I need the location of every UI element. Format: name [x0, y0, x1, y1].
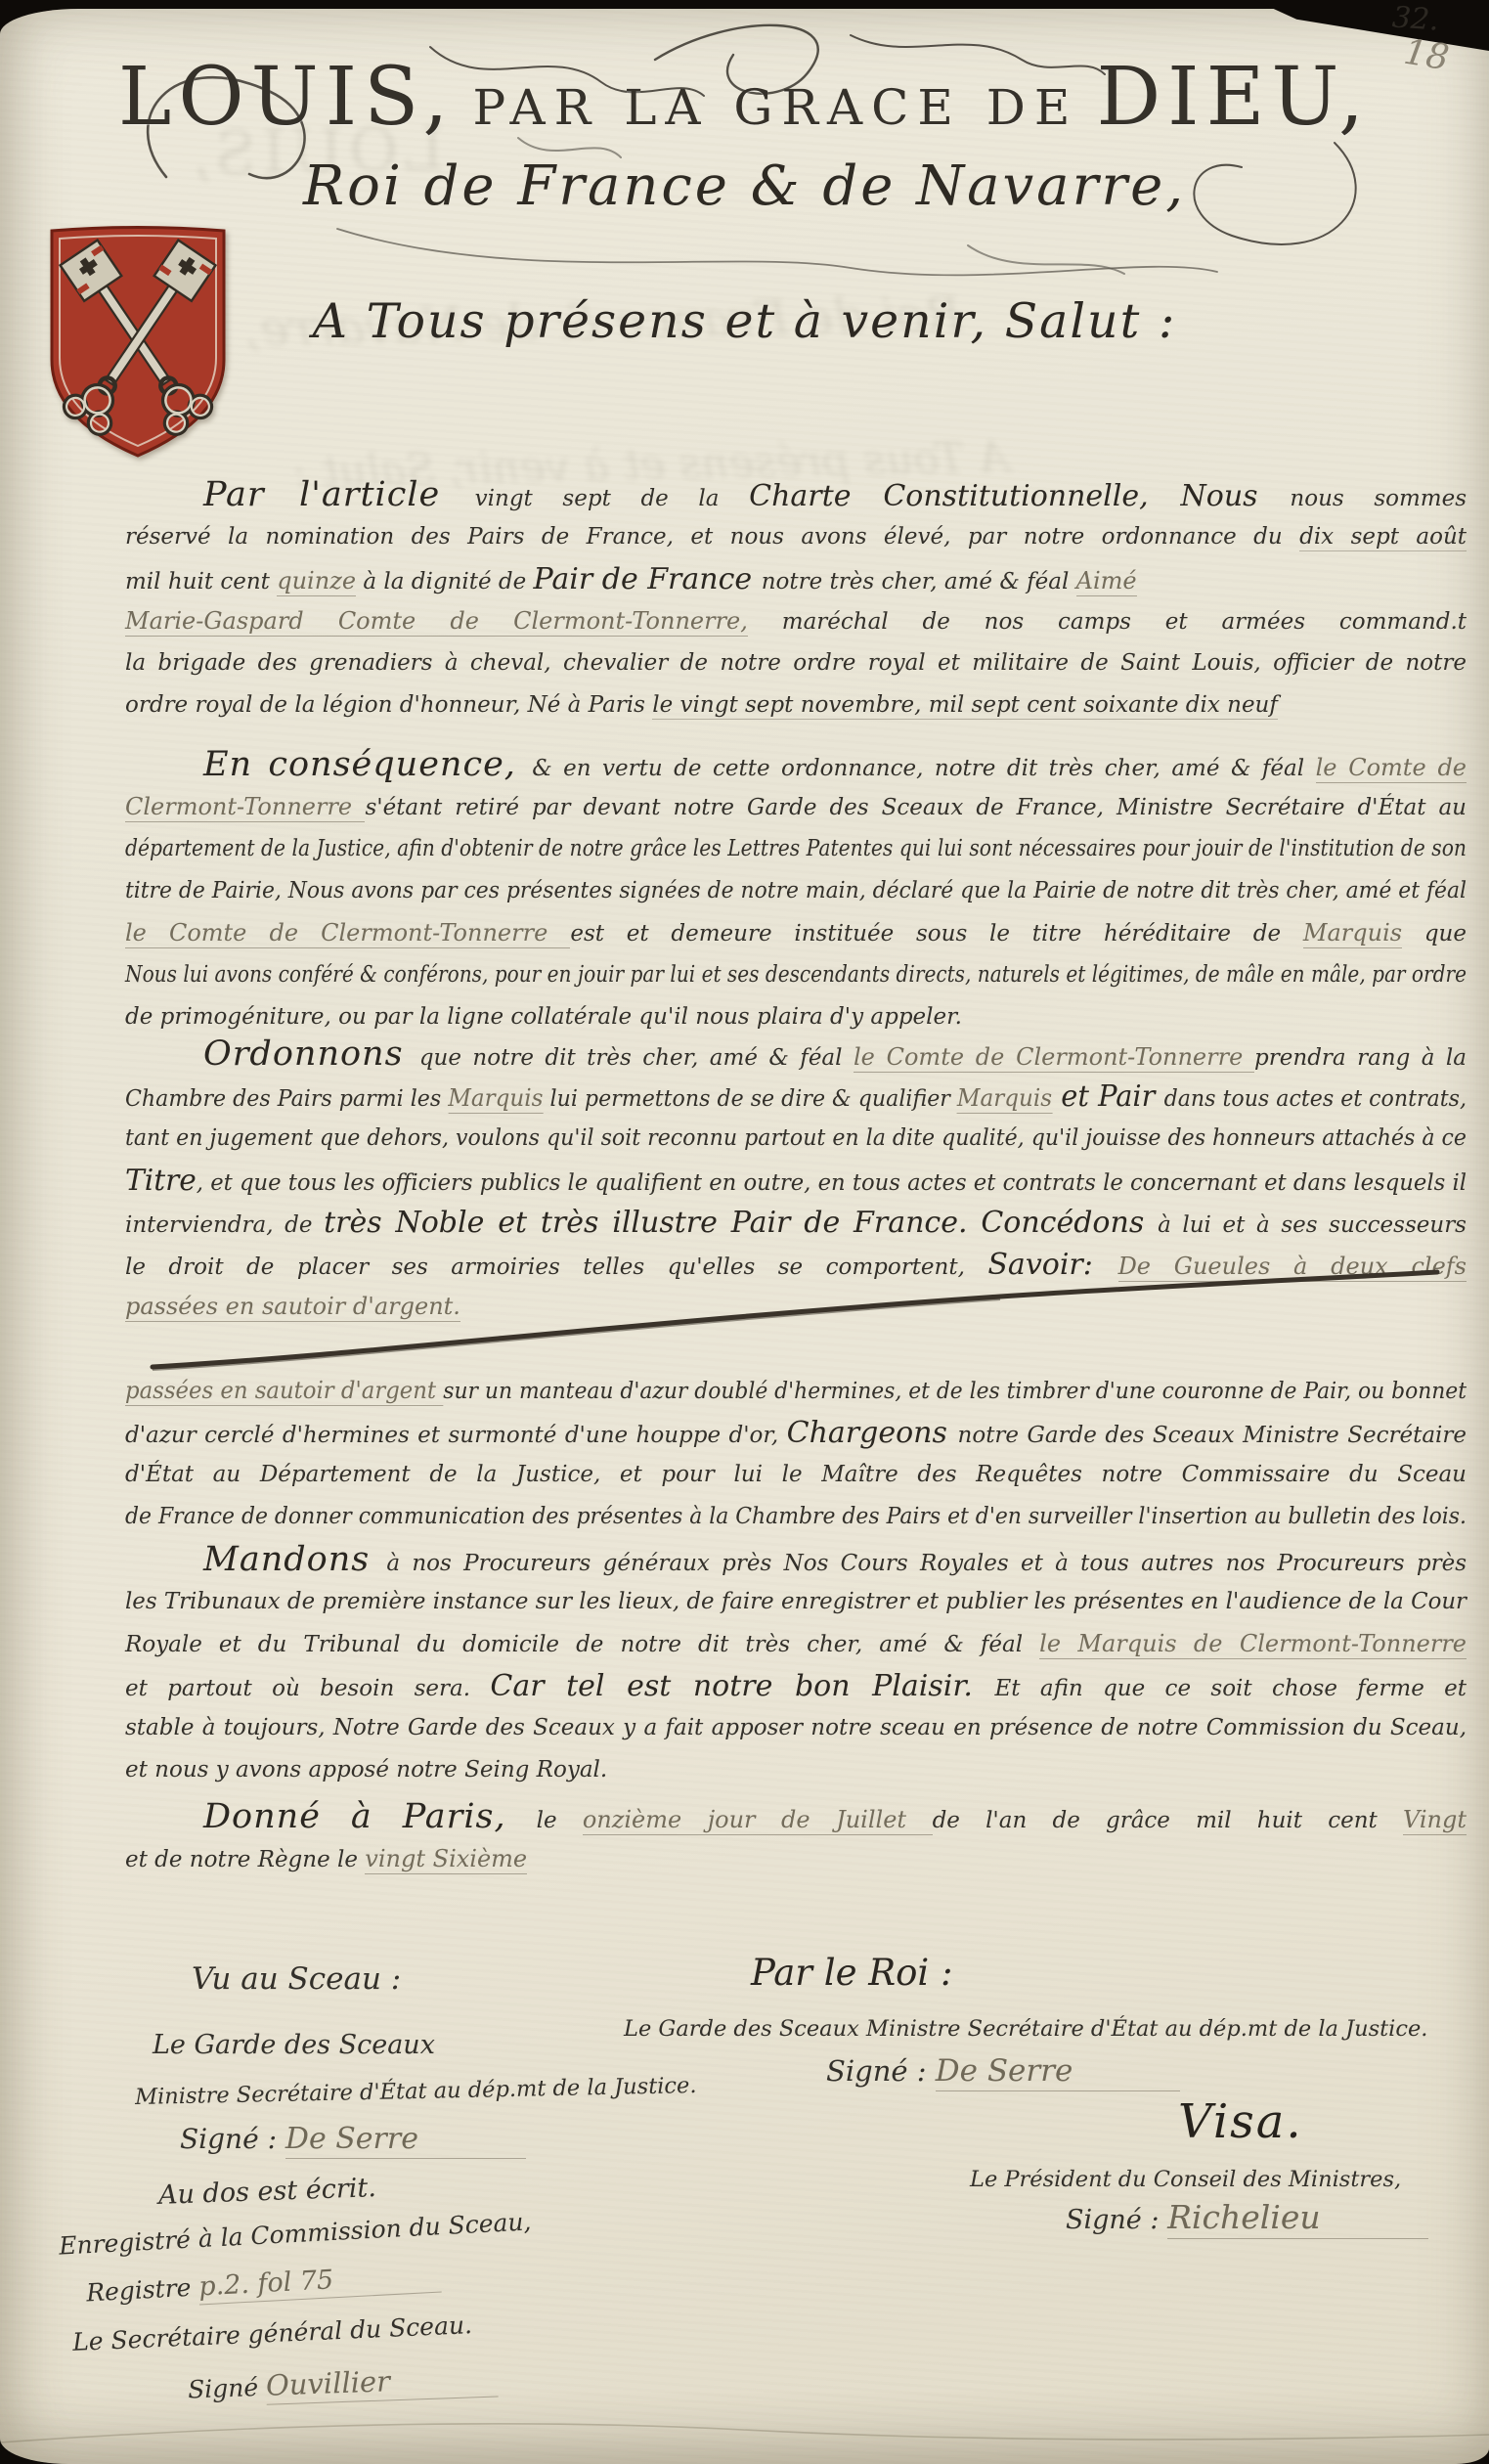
text-segment: Et afin que ce soit chose ferme et [995, 1676, 1467, 1701]
manuscript-line: la brigade des grenadiers à cheval, chev… [125, 643, 1467, 685]
text-segment: le droit de placer ses armoiries telles … [125, 1254, 987, 1280]
text-segment: de France de donner communication des pr… [125, 1504, 1467, 1529]
manuscript-line: et de notre Règne le vingt Sixième [125, 1839, 1467, 1881]
signe-label: Signé [188, 2373, 259, 2403]
register-label: Registre [85, 2273, 192, 2308]
manuscript-line: ordre royal de la légion d'honneur, Né à… [125, 685, 1467, 727]
text-segment: Pair de France [534, 562, 762, 596]
text-segment: prendra rang à la [1254, 1045, 1467, 1071]
document-scan: LOUIS, Roi de France & de Navarre, A Tou… [0, 0, 1489, 2464]
text-segment: dix sept août [1299, 524, 1467, 551]
text-segment: le Comte de Clermont-Tonnerre [854, 1043, 1254, 1073]
text-segment: sur un manteau d'azur doublé d'hermines,… [443, 1379, 1467, 1404]
text-segment: vingt sept de la [475, 486, 749, 511]
text-segment: d'État au Département de la Justice, et … [125, 1462, 1467, 1487]
text-segment: Marquis [448, 1084, 543, 1114]
text-segment: Donné à Paris, [203, 1797, 537, 1836]
text-segment: Marquis [957, 1084, 1052, 1114]
text-segment: ordre royal de la légion d'honneur, Né à… [125, 692, 652, 718]
text-segment: Ordonnons [203, 1034, 419, 1074]
text-segment: et Pair [1052, 1079, 1163, 1114]
manuscript-line: le droit de placer ses armoiries telles … [125, 1245, 1467, 1287]
signe-label: Signé : [1066, 2205, 1159, 2235]
manuscript-line: Ordonnons que notre dit très cher, amé &… [125, 1034, 1467, 1077]
paragraph-consequence: En conséquence, & en vertu de cette ordo… [125, 745, 1467, 1039]
text-segment: les Tribunaux de première instance sur l… [125, 1589, 1467, 1614]
manuscript-line: le Comte de Clermont-Tonnerre est et dem… [125, 913, 1467, 955]
paragraph-mandons: Mandons à nos Procureurs généraux près N… [125, 1540, 1467, 1792]
text-segment: De Gueules à deux clefs [1118, 1253, 1467, 1282]
text-segment: le Comte de Clermont-Tonnerre [125, 919, 570, 948]
text-segment: , et que tous les officiers publics le q… [197, 1170, 1467, 1196]
manuscript-line: Clermont-Tonnerre s'étant retiré par dev… [125, 787, 1467, 829]
par-le-roi-heading: Par le Roi : [751, 1952, 952, 1994]
manuscript-line: tant en jugement que dehors, voulons qu'… [125, 1119, 1467, 1161]
text-segment: tant en jugement que dehors, voulons qu'… [125, 1125, 1467, 1151]
vu-au-sceau-heading: Vu au Sceau : [192, 1961, 401, 1997]
text-segment: de l'an de grâce mil huit cent [933, 1808, 1403, 1833]
text-segment: vingt Sixième [365, 1845, 527, 1874]
text-segment: Titre [125, 1164, 197, 1198]
text-segment: & en vertu de cette ordonnance, notre di… [532, 756, 1315, 781]
manuscript-line: et partout où besoin sera. Car tel est n… [125, 1666, 1467, 1708]
president-name: Richelieu [1167, 2198, 1428, 2239]
text-segment: la brigade des grenadiers à cheval, chev… [125, 650, 1467, 676]
text-segment: d'azur cerclé d'hermines et surmonté d'u… [125, 1423, 787, 1448]
keeper-name: De Serre [285, 2122, 526, 2159]
text-segment: s'étant retiré par devant notre Garde de… [365, 795, 1467, 820]
text-segment: Aimé [1076, 567, 1137, 596]
text-segment: que notre dit très cher, amé & féal [419, 1045, 854, 1071]
text-segment: notre Garde des Sceaux Ministre Secrétai… [958, 1423, 1467, 1448]
text-segment: et de notre Règne le [125, 1847, 365, 1872]
text-segment: lui permettons de se dire & qualifier [543, 1086, 956, 1112]
manuscript-line: Chambre des Pairs parmi les Marquis lui … [125, 1077, 1467, 1119]
text-segment: très Noble et très illustre Pair de Fran… [324, 1206, 1158, 1240]
text-segment: Savoir: [987, 1248, 1117, 1282]
folio-annotation: 18 [1401, 32, 1452, 79]
manuscript-line: et nous y avons apposé notre Seing Royal… [125, 1750, 1467, 1792]
text-segment: le [537, 1808, 583, 1833]
president-signature: Signé : Richelieu [1066, 2198, 1428, 2236]
text-segment: notre très cher, amé & féal [762, 569, 1076, 594]
manuscript-line: d'azur cerclé d'hermines et surmonté d'u… [125, 1413, 1467, 1455]
keeper-name: De Serre [936, 2053, 1181, 2091]
manuscript-line: réservé la nomination des Pairs de Franc… [125, 517, 1467, 559]
paragraph-preamble: Par l'article vingt sept de la Charte Co… [125, 475, 1467, 727]
manuscript-line: Marie-Gaspard Comte de Clermont-Tonnerre… [125, 601, 1467, 643]
text-segment: à la dignité de [356, 569, 534, 594]
text-segment: mil huit cent [125, 569, 277, 594]
text-segment: réservé la nomination des Pairs de Franc… [125, 524, 1299, 550]
manuscript-line: passées en sautoir d'argent. [125, 1287, 1467, 1329]
paragraph-donne: Donné à Paris, le onzième jour de Juille… [125, 1797, 1467, 1881]
president-title: Le Président du Conseil des Ministres, [970, 2167, 1401, 2192]
text-segment: le Marquis de Clermont-Tonnerre [1039, 1630, 1467, 1659]
paragraph-chargeons: passées en sautoir d'argent sur un mante… [125, 1371, 1467, 1539]
manuscript-line: titre de Pairie, Nous avons par ces prés… [125, 871, 1467, 913]
text-segment: Mandons [203, 1540, 386, 1579]
manuscript-line: Titre, et que tous les officiers publics… [125, 1161, 1467, 1203]
text-segment: nous sommes [1290, 486, 1467, 511]
text-segment: stable à toujours, Notre Garde des Sceau… [125, 1715, 1467, 1740]
text-segment: interviendra, de [125, 1212, 324, 1238]
visa-heading: Visa. [1178, 2094, 1303, 2149]
text-segment: Vingt [1403, 1806, 1467, 1835]
keeper-title-left-1: Le Garde des Sceaux [153, 2030, 435, 2060]
manuscript-line: stable à toujours, Notre Garde des Sceau… [125, 1708, 1467, 1750]
text-segment: Nous lui avons conféré & conférons, pour… [125, 962, 1467, 988]
text-segment: titre de Pairie, Nous avons par ces prés… [125, 878, 1467, 903]
document-title: LOUIS, PAR LA GRACE DE DIEU, [0, 51, 1489, 144]
manuscript-line: Royale et du Tribunal du domicile de not… [125, 1624, 1467, 1666]
keeper-signature-right: Signé : De Serre [826, 2053, 1180, 2089]
text-segment: que [1402, 921, 1467, 946]
text-segment: à lui et à ses successeurs [1158, 1212, 1467, 1238]
text-segment: Marie-Gaspard Comte de Clermont-Tonnerre… [125, 607, 748, 637]
document-subtitle: Roi de France & de Navarre, [0, 154, 1489, 218]
text-segment: Chambre des Pairs parmi les [125, 1086, 448, 1112]
text-segment: le Comte de [1316, 754, 1467, 783]
manuscript-line: Nous lui avons conféré & conférons, pour… [125, 955, 1467, 997]
text-segment: Car tel est notre bon Plaisir. [490, 1669, 994, 1703]
manuscript-line: d'État au Département de la Justice, et … [125, 1455, 1467, 1497]
manuscript-line: En conséquence, & en vertu de cette ordo… [125, 745, 1467, 787]
text-segment: et partout où besoin sera. [125, 1676, 490, 1701]
text-segment: département de la Justice, afin d'obteni… [125, 836, 1467, 861]
folio-number: 32. [1391, 0, 1440, 37]
text-segment: et nous y avons apposé notre Seing Royal… [125, 1757, 607, 1782]
signe-label: Signé : [826, 2054, 927, 2088]
manuscript-line: les Tribunaux de première instance sur l… [125, 1582, 1467, 1624]
salutation-line: A Tous présens et à venir, Salut : [0, 293, 1489, 349]
text-segment: onzième jour de Juillet [583, 1806, 933, 1835]
signe-label: Signé : [180, 2123, 277, 2155]
manuscript-line: Par l'article vingt sept de la Charte Co… [125, 475, 1467, 517]
text-segment: est et demeure instituée sous le titre h… [570, 921, 1303, 946]
text-segment: Par l'article [203, 475, 475, 514]
keeper-signature-left: Signé : De Serre [180, 2122, 526, 2156]
paragraph-ordonnons: Ordonnons que notre dit très cher, amé &… [125, 1034, 1467, 1329]
text-segment: passées en sautoir d'argent [125, 1377, 443, 1406]
text-segment: quinze [277, 567, 356, 596]
text-segment: En conséquence, [203, 745, 532, 784]
text-segment: Royale et du Tribunal du domicile de not… [125, 1632, 1039, 1657]
title-louis: LOUIS, [118, 51, 456, 144]
title-dieu: DIEU, [1096, 51, 1371, 144]
text-segment: passées en sautoir d'argent. [125, 1293, 460, 1322]
manuscript-line: interviendra, de très Noble et très illu… [125, 1203, 1467, 1245]
keeper-title-right: Le Garde des Sceaux Ministre Secrétaire … [624, 2016, 1427, 2042]
text-segment: Chargeons [787, 1416, 958, 1450]
manuscript-line: passées en sautoir d'argent sur un mante… [125, 1371, 1467, 1413]
text-segment: le vingt sept novembre, mil sept cent so… [652, 692, 1278, 720]
text-segment: dans tous actes et contrats, [1164, 1086, 1467, 1112]
manuscript-line: Donné à Paris, le onzième jour de Juille… [125, 1797, 1467, 1839]
manuscript-line: Mandons à nos Procureurs généraux près N… [125, 1540, 1467, 1582]
manuscript-line: de France de donner communication des pr… [125, 1497, 1467, 1539]
title-middle: PAR LA GRACE DE [467, 79, 1085, 136]
manuscript-line: département de la Justice, afin d'obteni… [125, 829, 1467, 871]
text-segment: Marquis [1303, 919, 1402, 948]
manuscript-line: mil huit cent quinze à la dignité de Pai… [125, 559, 1467, 601]
text-segment: de primogéniture, ou par la ligne collat… [125, 1004, 962, 1030]
text-segment: maréchal de nos camps et armées command.… [748, 609, 1467, 635]
text-segment: à nos Procureurs généraux près Nos Cours… [386, 1551, 1467, 1576]
text-segment: Clermont-Tonnerre [125, 793, 365, 822]
text-segment: Charte Constitutionnelle, Nous [749, 479, 1290, 513]
manuscript-line: de primogéniture, ou par la ligne collat… [125, 997, 1467, 1039]
